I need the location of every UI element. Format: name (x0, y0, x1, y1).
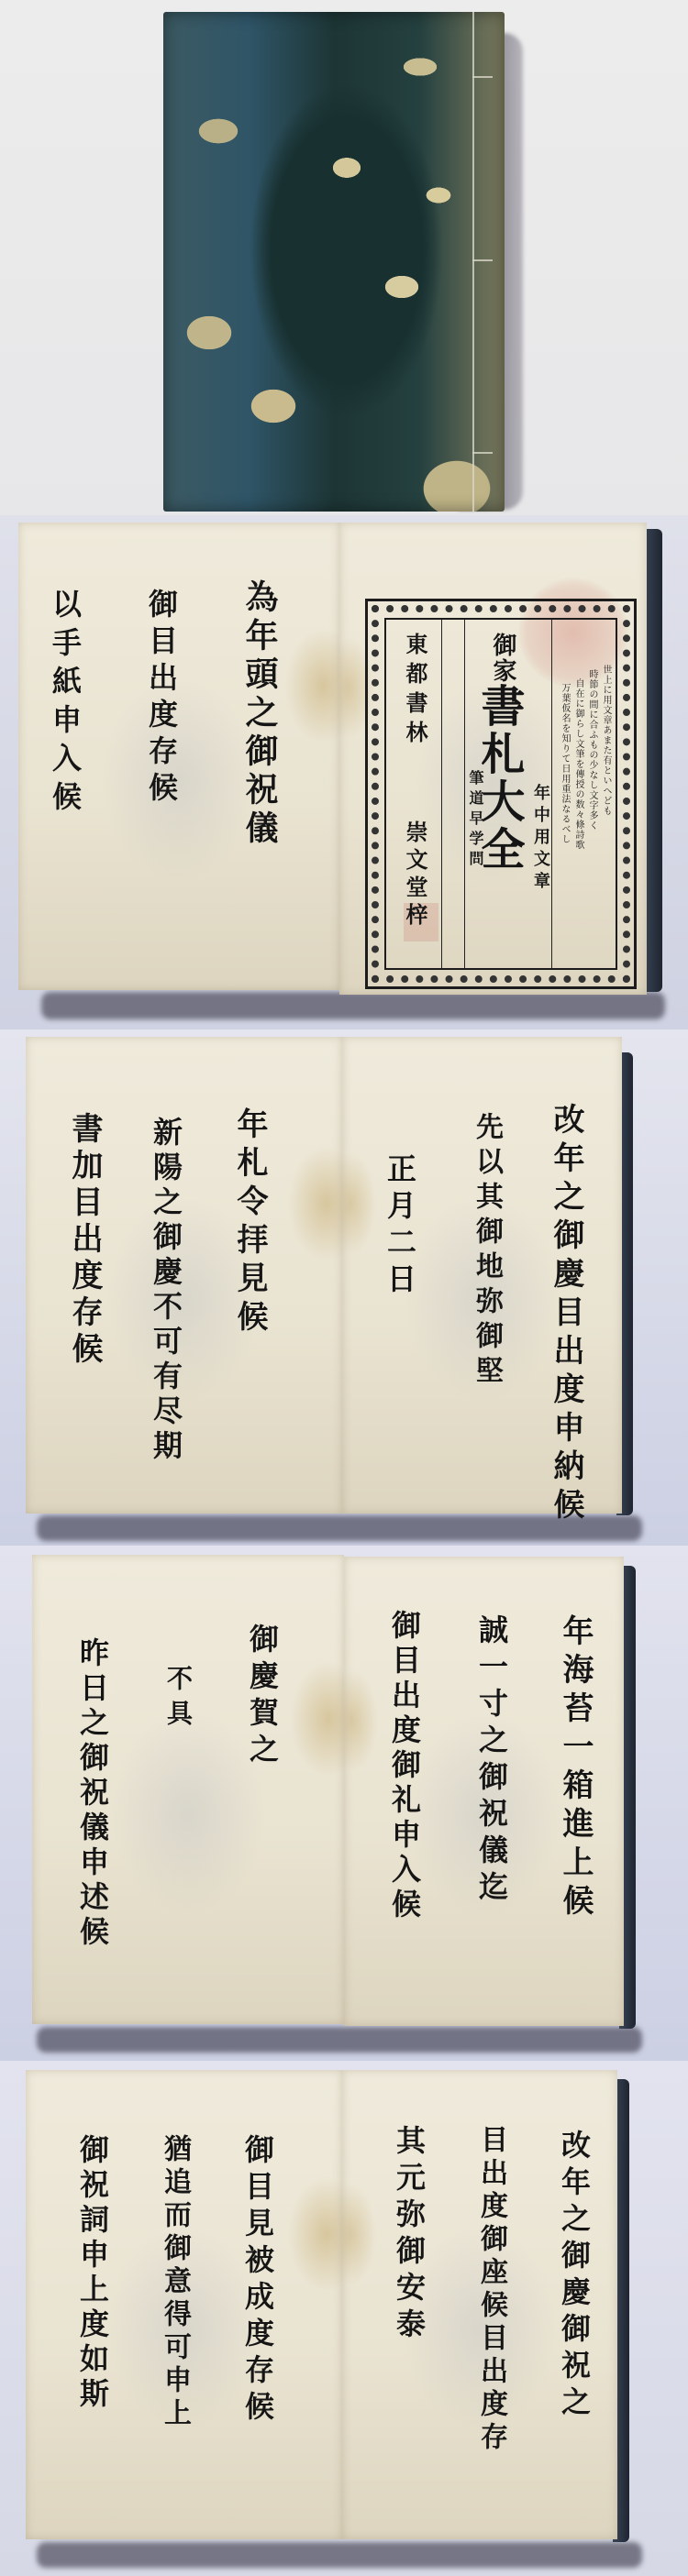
calligraphy-column: 目出度御座候目出度存 (477, 2125, 505, 2455)
calligraphy-column: 御目見被成度存候 (243, 2134, 272, 2427)
description-column: 万葉仮名を知りて日用重法なるべし (560, 683, 569, 844)
calligraphy-column: 新陽之御慶不可有尽期 (151, 1117, 181, 1465)
calligraphy-column: 御目出度御礼申入候 (390, 1610, 419, 1923)
spread-shadow (37, 2027, 642, 2053)
calligraphy-column: 其元弥御安泰 (394, 2125, 424, 2345)
frame-divider (464, 620, 465, 968)
binding-stitch (472, 452, 493, 454)
description-column: 時節の間に合ふもの少なし文字多く (587, 669, 596, 831)
frame-divider (441, 620, 442, 968)
date-column: 正月二日 (385, 1153, 415, 1300)
binding-thread (472, 12, 474, 512)
calligraphy-column: 年札令拝見候 (234, 1107, 265, 1338)
calligraphy-column: 年海苔一箱進上候 (560, 1614, 591, 1922)
subtitle-nenchu-yobunsho: 年中用文章 (532, 784, 549, 894)
subtitle-hitsudo-hayagakumon: 筆道早学問 (468, 770, 483, 871)
spread-shadow (37, 2542, 642, 2568)
calligraphy-column: 昨日之御祝儀申述候 (78, 1637, 107, 1951)
frame-divider (551, 620, 552, 968)
binding-stitch (472, 76, 493, 78)
description-column: 自在に御らし文筆を傳授の数々條詩歌 (573, 678, 583, 850)
title-prefix: 御家 (491, 633, 515, 684)
calligraphy-column: 御祝詞申上度如斯 (78, 2134, 107, 2413)
photo-spread-3: 改年之御慶目出度申納候 先以其御地弥御堅 正月二日 年札令拝見候 新陽之御慶不可… (0, 1029, 688, 1546)
calligraphy-column: 先以其御地弥御堅 (472, 1112, 500, 1391)
spread-shadow (41, 992, 665, 1019)
book-cover (163, 12, 505, 512)
calligraphy-column: 書加目出度存候 (69, 1112, 100, 1369)
calligraphy-column: 猶追而御意得可申上 (161, 2134, 188, 2431)
photo-spread-5: 改年之御慶御祝之 目出度御座候目出度存 其元弥御安泰 御目見被成度存候 猶追而御… (0, 2061, 688, 2576)
photo-spread-4: 年海苔一箱進上候 誠一寸之御祝儀迄 御目出度御礼申入候 御慶賀之 不具 昨日之御… (0, 1546, 688, 2061)
calligraphy-column: 為年頭之御祝儀 (243, 579, 276, 849)
calligraphy-column: 御慶賀之 (248, 1624, 277, 1770)
publisher-name: 崇文堂梓 (404, 820, 426, 930)
calligraphy-column: 以手紙申入候 (50, 589, 80, 820)
publisher-place: 東都書林 (404, 633, 426, 750)
calligraphy-column: 改年之御慶御祝之 (560, 2130, 589, 2423)
photo-cover (0, 0, 688, 515)
calligraphy-column: 誠一寸之御祝儀迄 (477, 1614, 506, 1908)
calligraphy-column: 不具 (165, 1665, 191, 1734)
description-column: 世上に用文章あまた有といへども (601, 665, 610, 816)
calligraphy-column: 御目出度存候 (147, 589, 176, 809)
calligraphy-column: 改年之御慶目出度申納候 (550, 1103, 582, 1526)
binding-stitch (472, 259, 493, 261)
